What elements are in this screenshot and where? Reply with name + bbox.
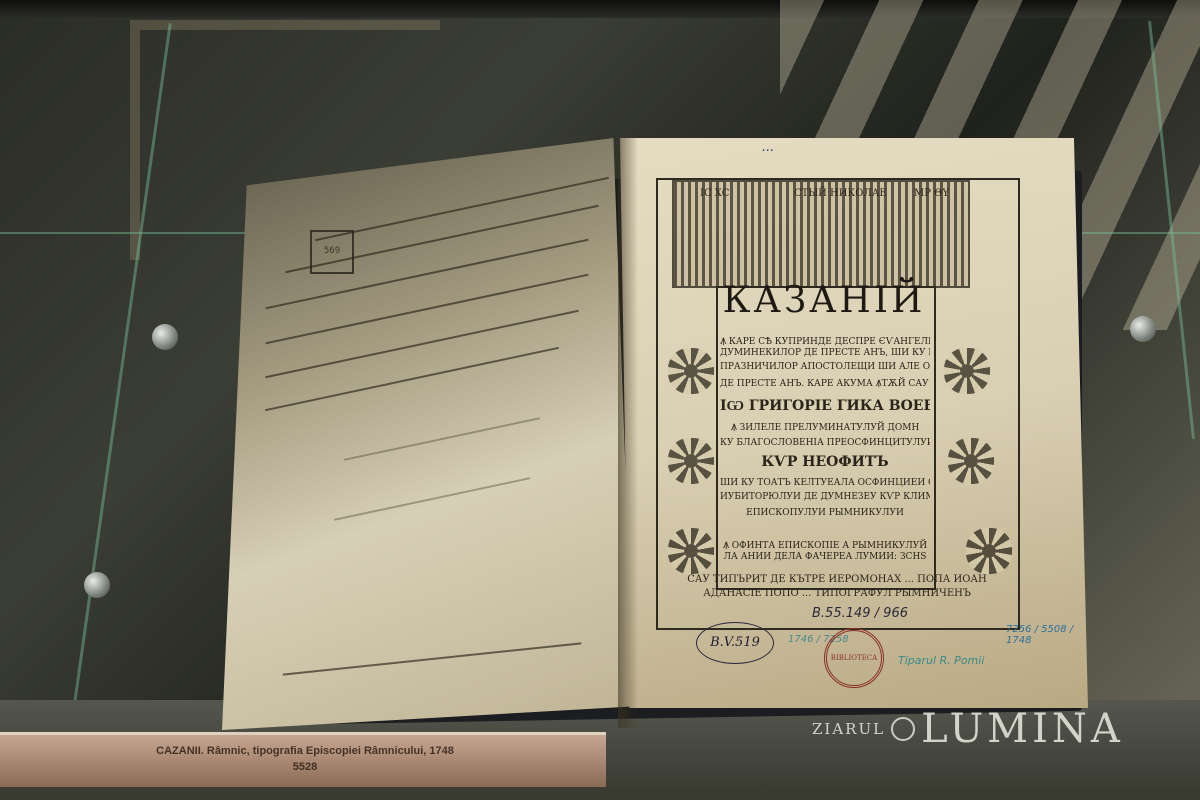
- handwritten-top-note: ...: [762, 140, 774, 155]
- ornament-icon: [668, 348, 714, 394]
- handwriting-line: [265, 347, 559, 411]
- museum-label-number: 5528: [90, 761, 520, 773]
- handwritten-inventory-number: В.55.149 / 966: [812, 606, 908, 621]
- ornament-icon: [948, 438, 994, 484]
- title-page-line: ДУМИНЕКИЛОР ДЕ ПРЕСТЕ АНЪ, ШИ КУ КАЗАНИЙ…: [720, 348, 930, 358]
- glass-edge-left: [71, 23, 171, 717]
- watermark: ZIARUL LUMINA: [812, 706, 1124, 752]
- title-page-line: ЕПИСКОПУЛУЙ РЫМНИКУЛУЙ: [720, 508, 930, 518]
- watermark-name: LUMINA: [921, 706, 1124, 752]
- margin-note: Tiparul R. Pomii: [898, 654, 984, 667]
- museum-label: CAZANII. Râmnic, tipografia Episcopiei R…: [0, 732, 606, 787]
- open-book: 569 ... IC XC СТЫЙ НИКОЛАЕ МР ΘΥ КАЗАНІЙ…: [222, 128, 1088, 730]
- ornament-icon: [966, 528, 1012, 574]
- title-page-line: Ꙟ ОФИНТА ЕПИСКОПІЕ А РЫМНИКУЛУЙ: [720, 538, 930, 551]
- library-seal: BIBLIOTECA: [824, 628, 884, 688]
- title-page-line: КѴР НЕОФИТЪ: [720, 454, 930, 470]
- woodcut-label: МР ΘΥ: [914, 188, 949, 199]
- title-page-line: ПРАЗНИЧИЛОР АПОСТОЛЕЩИ ШИ АЛЕ ОФИЦИЕЛОР: [720, 362, 930, 372]
- watermark-prefix: ZIARUL: [812, 720, 885, 738]
- spine-shadow: [618, 138, 638, 728]
- imprint-line: АДАНАСІЕ ПОПО ... ТИПОГРАФУЛ РЫМНИЧЕНЪ: [662, 588, 1012, 599]
- margin-note: 7256 / 5508 / 1748: [1006, 624, 1088, 646]
- emblem-icon: [891, 717, 915, 741]
- title-page-line: Ꙟ ЗИЛЕЛЕ ПРЕЛУМИНАТУЛУЙ ДОМН: [720, 420, 930, 433]
- handwriting-line: [344, 417, 540, 461]
- title-page-line: Ꙟ КАРЕ СѢ КУПРИНДЕ ДЕСПРЕ ЄѴАНГЕЛІИ ТЪЛК…: [720, 334, 930, 347]
- museum-label-title: CAZANII. Râmnic, tipografia Episcopiei R…: [90, 745, 520, 757]
- handwriting-line: [315, 177, 609, 241]
- title-page-line: ШИ КУ ТОАТЪ КЕЛТУЕАЛА ОСФИНЦИЕЙ САЛЕ: [720, 478, 930, 488]
- shelf-mark: В.V.519: [696, 622, 774, 664]
- ornament-icon: [944, 348, 990, 394]
- left-page-flyleaf: 569: [222, 138, 634, 730]
- glass-clamp-knob: [1130, 316, 1156, 342]
- title-page-line: ІѠ ГРИГОРІЕ ГИКА ВОЕВОДЪ: [720, 398, 930, 415]
- woodcut-label: СТЫЙ НИКОЛАЕ: [794, 188, 887, 199]
- glass-clamp-knob: [84, 572, 110, 598]
- title-page-line: КУ БЛАГОСЛОВЕНІА ПРЕОСФИНЦИТУЛУЙ МИТРОПО…: [720, 438, 930, 448]
- handwriting-line: [283, 642, 582, 675]
- title-page-line: ИУБИТОРЮЛУЙ ДЕ ДУМНЕЗЕУ КѴР КЛИМЕНТЪ: [720, 492, 930, 502]
- glass-shelf-edge-left: [0, 232, 260, 234]
- ornament-icon: [668, 438, 714, 484]
- title-page-line: ДЕ ПРЕСТЕ АНЪ. КАРЕ АКУМА ꙞТѪЙ САУ ТИПЪР…: [720, 376, 930, 389]
- handwriting-line: [334, 477, 530, 521]
- handwriting-line: [265, 310, 578, 378]
- handwriting-line: [265, 274, 588, 345]
- title-page-line: ЛА АНИЙ ДЕЛА ФАЧЕРЕА ЛУМИЙ: ЗСНЅ: [720, 552, 930, 562]
- display-case-photo: 569 ... IC XC СТЫЙ НИКОЛАЕ МР ΘΥ КАЗАНІЙ…: [0, 0, 1200, 800]
- book-title: КАЗАНІЙ: [716, 280, 932, 321]
- ornament-icon: [668, 528, 714, 574]
- imprint-line: САУ ТИПЪРИТ ДЕ КЪТРЕ ИЕРОМОНАХ ... ПОПА …: [662, 574, 1012, 585]
- glass-clamp-knob: [152, 324, 178, 350]
- woodcut-label: IC XC: [700, 188, 729, 199]
